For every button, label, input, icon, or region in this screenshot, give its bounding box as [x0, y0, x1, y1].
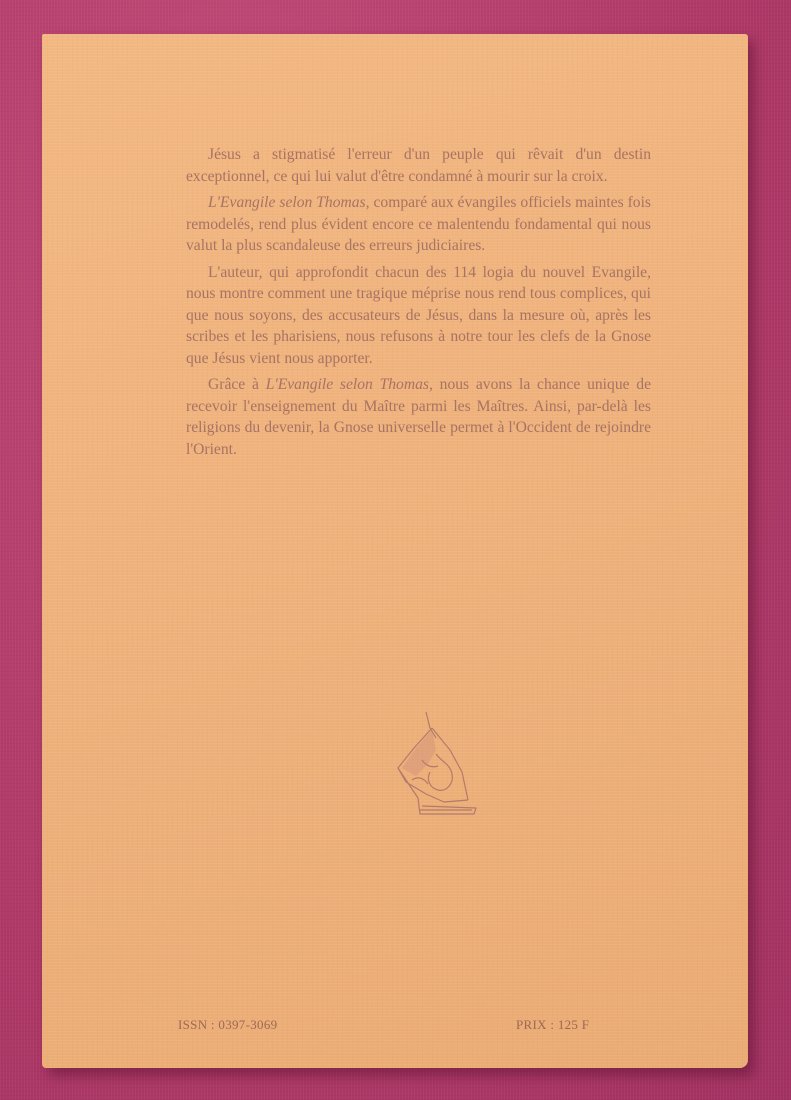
blurb-segment: L'auteur, qui approfondit chacun des 114…: [186, 264, 651, 367]
blurb-paragraph: L'auteur, qui approfondit chacun des 114…: [186, 262, 651, 370]
book-title-italic: L'Evangile selon Thomas,: [266, 376, 433, 393]
blurb-paragraph: Jésus a stigmatisé l'erreur d'un peuple …: [186, 144, 651, 187]
blurb-segment: Grâce à: [208, 376, 266, 393]
price-label: PRIX : 125 F: [516, 1017, 589, 1033]
book-back-cover: Jésus a stigmatisé l'erreur d'un peuple …: [42, 34, 748, 1068]
blurb-paragraph: L'Evangile selon Thomas, comparé aux éva…: [186, 192, 651, 257]
blurb-text: Jésus a stigmatisé l'erreur d'un peuple …: [186, 144, 651, 465]
publisher-sailboat-emblem-icon: [392, 710, 482, 822]
blurb-paragraph: Grâce à L'Evangile selon Thomas, nous av…: [186, 374, 651, 460]
issn-label: ISSN : 0397-3069: [178, 1017, 277, 1033]
blurb-segment: Jésus a stigmatisé l'erreur d'un peuple …: [186, 146, 651, 185]
book-title-italic: L'Evangile selon Thomas,: [208, 194, 370, 211]
